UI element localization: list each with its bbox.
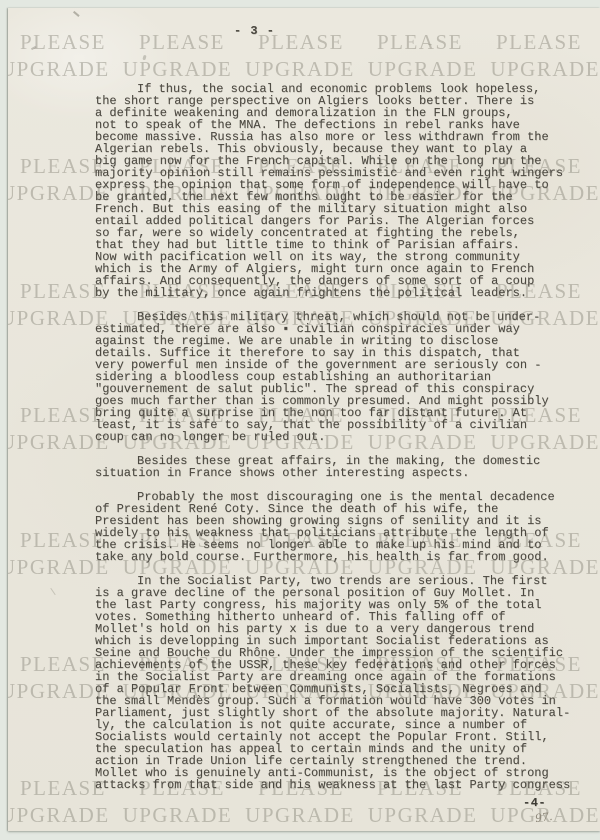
paper-speck <box>73 11 79 17</box>
watermark-row: UPGRADEUPGRADEUPGRADEUPGRADEUPGRADE <box>8 805 600 826</box>
document-text: If thus, the social and economic problem… <box>95 83 570 803</box>
paragraph: Probably the most discouraging one is th… <box>95 491 570 563</box>
paper-sheet: PLEASEPLEASEPLEASEPLEASEPLEASEUPGRADEUPG… <box>8 8 600 831</box>
watermark-word: PLEASE <box>20 654 106 675</box>
watermark-word: PLEASE <box>20 32 106 53</box>
paper-speck <box>31 46 36 50</box>
paragraph: Besides these great affairs, in the maki… <box>95 455 570 479</box>
paragraph: If thus, the social and economic problem… <box>95 83 570 299</box>
watermark-word: PLEASE <box>496 32 582 53</box>
paper-speck <box>142 55 146 60</box>
handwritten-note: 97. <box>534 810 553 825</box>
watermark-word: UPGRADE <box>123 805 233 826</box>
watermark-word: UPGRADE <box>490 59 600 80</box>
watermark-word: PLEASE <box>20 156 106 177</box>
watermark-word: UPGRADE <box>123 59 233 80</box>
watermark-word: UPGRADE <box>8 805 110 826</box>
watermark-word: UPGRADE <box>245 59 355 80</box>
paper-speck <box>428 44 432 46</box>
paragraph: In the Socialist Party, two trends are s… <box>95 575 570 791</box>
page-number-top: - 3 - <box>234 24 275 38</box>
watermark-word: PLEASE <box>139 32 225 53</box>
paper-speck <box>50 588 55 595</box>
watermark-word: PLEASE <box>20 778 106 799</box>
watermark-word: PLEASE <box>20 405 106 426</box>
page-number-bottom: -4- <box>523 796 546 810</box>
watermark-word: PLEASE <box>20 281 106 302</box>
watermark-word: UPGRADE <box>245 805 355 826</box>
watermark-word: PLEASE <box>20 530 106 551</box>
watermark-word: UPGRADE <box>368 805 478 826</box>
watermark-row: PLEASEPLEASEPLEASEPLEASEPLEASE <box>20 32 582 53</box>
paragraph: Besides this military threat, which shou… <box>95 311 570 443</box>
watermark-word: PLEASE <box>377 32 463 53</box>
watermark-word: UPGRADE <box>368 59 478 80</box>
watermark-word: UPGRADE <box>8 59 110 80</box>
scanned-document-screenshot: { "document": { "page_number_top": "- 3 … <box>0 0 600 840</box>
watermark-row: UPGRADEUPGRADEUPGRADEUPGRADEUPGRADE <box>8 59 600 80</box>
